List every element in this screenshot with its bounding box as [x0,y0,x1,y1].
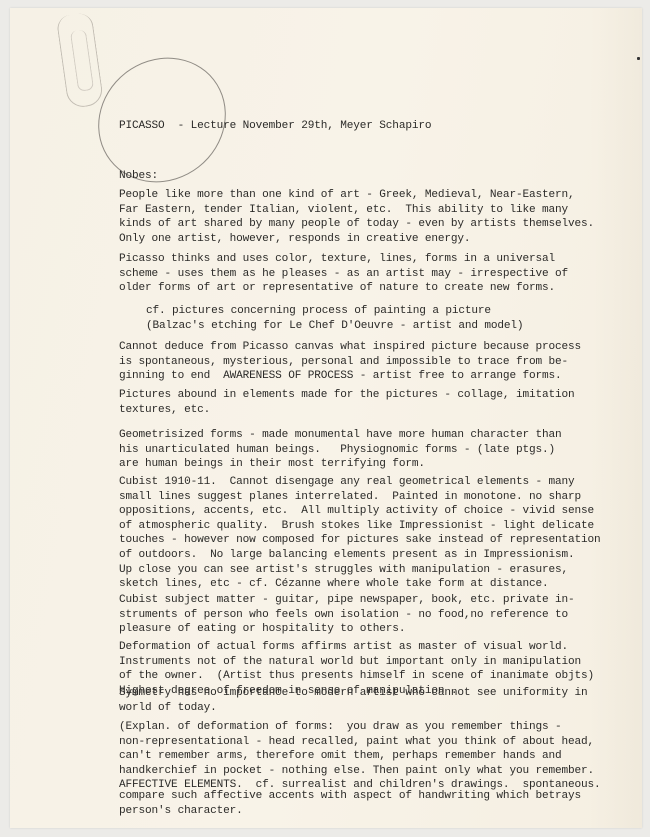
ink-speck [637,57,640,60]
paragraph-6-line: his unarticulated human beings. Physiogn… [119,443,555,458]
paragraph-5-line: Pictures abound in elements made for the… [119,388,575,403]
paragraph-7-line: touches - however now composed for pictu… [119,533,601,548]
paragraph-8-line: pleasure of eating or hospitality to oth… [119,622,405,637]
paragraph-7-line: of outdoors. No large balancing elements… [119,548,575,563]
paper-fold-shadow [590,8,642,828]
paragraph-1-line: Only one artist, however, responds in cr… [119,232,470,247]
paragraph-9-line: Deformation of actual forms affirms arti… [119,640,568,655]
paragraph-5-line: textures, etc. [119,403,210,418]
paragraph-11-line: (Explan. of deformation of forms: you dr… [119,720,562,735]
paragraph-7-line: Cubist 1910-11. Cannot disengage any rea… [119,475,575,490]
paragraph-11-line: non-representational - head recalled, pa… [119,735,594,750]
paragraph-7-line: Up close you can see artist's struggles … [119,563,568,578]
paragraph-3-line: (Balzac's etching for Le Chef D'Oeuvre -… [146,319,523,334]
paragraph-12-line: compare such affective accents with aspe… [119,789,581,804]
paragraph-12-line: person's character. [119,804,243,819]
paragraph-11-line: handkerchief in pocket - nothing else. T… [119,764,594,779]
paragraph-9-line: of the owner. (Artist thus presents hims… [119,669,594,684]
paragraph-7-line: of atmospheric quality. Brush stokes lik… [119,519,594,534]
paragraph-3-line: cf. pictures concerning process of paint… [146,304,491,319]
paragraph-2-line: older forms of art or representative of … [119,281,555,296]
paragraph-2-line: Picasso thinks and uses color, texture, … [119,252,555,267]
paragraph-6-line: Geometrisized forms - made monumental ha… [119,428,562,443]
paragraph-4-line: is spontaneous, mysterious, personal and… [119,355,568,370]
paragraph-2-line: scheme - uses them as he pleases - as an… [119,267,568,282]
paragraph-9-line: Instruments not of the natural world but… [119,655,581,670]
paragraph-10-line: Symmetry has no importance to modern art… [119,686,588,701]
typed-document: PICASSO - Lecture November 29th, Meyer S… [119,0,619,44]
paragraph-10-line: world of today. [119,701,217,716]
paragraph-7-line: oppositions, accents, etc. All multiply … [119,504,594,519]
paragraph-11-line: can't remember arms, therefore omit them… [119,749,562,764]
paragraph-4-line: ginning to end AWARENESS OF PROCESS - ar… [119,369,562,384]
paragraph-1-line: kinds of art shared by many people of to… [119,217,594,232]
paragraph-6-line: are human beings in their most terrifyin… [119,457,425,472]
document-title: PICASSO - Lecture November 29th, Meyer S… [119,119,431,134]
paragraph-7-line: sketch lines, etc - cf. Cézanne where wh… [119,577,549,592]
notes-label: Nobes: [119,169,158,184]
paragraph-4-line: Cannot deduce from Picasso canvas what i… [119,340,581,355]
paragraph-8-line: struments of person who feels own isolat… [119,608,568,623]
paragraph-1-line: Far Eastern, tender Italian, violent, et… [119,203,568,218]
paragraph-1-line: People like more than one kind of art - … [119,188,575,203]
paragraph-7-line: small lines suggest planes interrelated.… [119,490,581,505]
paragraph-8-line: Cubist subject matter - guitar, pipe new… [119,593,575,608]
